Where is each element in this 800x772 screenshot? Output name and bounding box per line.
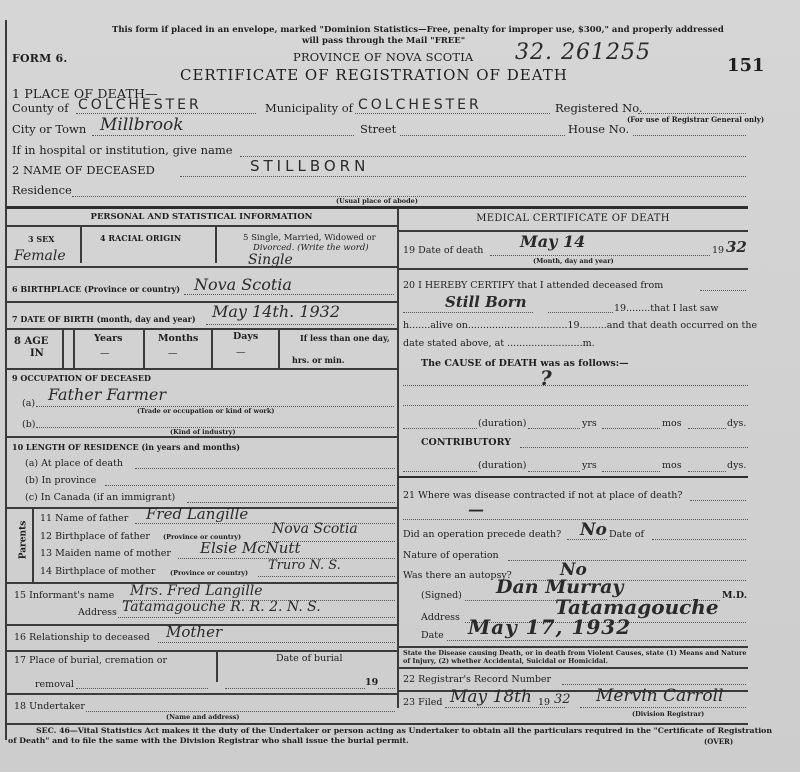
dob-label: 7 DATE OF BIRTH (month, day and year) xyxy=(12,314,196,324)
filed-value: May 18th xyxy=(450,687,532,707)
cause-label: The CAUSE of DEATH was as follows:— xyxy=(421,358,629,369)
occupation-label: 9 OCCUPATION OF DECEASED xyxy=(12,373,151,383)
mother-birthplace-value: Truro N. S. xyxy=(268,558,341,573)
age-label-line2: IN xyxy=(30,348,44,359)
certify-line1: 20 I HEREBY CERTIFY that I attended dece… xyxy=(403,280,663,291)
form-number: FORM 6. xyxy=(12,52,67,65)
filed-label: 23 Filed xyxy=(403,697,442,708)
street-label: Street xyxy=(360,122,396,136)
sex-label: 3 SEX xyxy=(28,234,54,244)
father-name-label: 11 Name of father xyxy=(40,513,128,524)
occupation-a-value: Father Farmer xyxy=(48,385,166,404)
sex-value: Female xyxy=(14,248,66,264)
undertaker-note: (Name and address) xyxy=(166,713,240,721)
years-label: Years xyxy=(94,333,123,344)
father-birthplace-value: Nova Scotia xyxy=(272,521,358,537)
days-value: — xyxy=(236,347,246,358)
informant-name-value: Mrs. Fred Langille xyxy=(130,583,263,599)
burial-year-prefix: 19 xyxy=(365,677,378,688)
county-value: COLCHESTER xyxy=(78,97,202,113)
county-label: County of xyxy=(12,101,69,115)
footer-line2: of Death" and to file the same with the … xyxy=(8,736,409,745)
filed-year-prefix: 19 xyxy=(538,697,550,708)
duration-label-1: (duration) xyxy=(478,418,527,429)
date-of-death-label: 19 Date of death xyxy=(403,245,483,256)
burial-date-label: Date of burial xyxy=(276,653,342,664)
left-border-rule xyxy=(5,20,7,740)
birthplace-value: Nova Scotia xyxy=(194,275,292,294)
burial-place-label-line2: removal xyxy=(35,679,74,690)
dys-label-2: dys. xyxy=(727,460,746,471)
operation-label: Did an operation precede death? xyxy=(403,529,561,540)
contributory-label: CONTRIBUTORY xyxy=(421,437,511,448)
envelope-note-line1: This form if placed in an envelope, mark… xyxy=(112,25,724,35)
deceased-name-value: STILLBORN xyxy=(250,157,369,175)
footer-over: (OVER) xyxy=(704,737,733,746)
yrs-label-2: yrs xyxy=(582,460,597,471)
registered-no-label: Registered No. xyxy=(555,101,643,115)
dys-label-1: dys. xyxy=(727,418,746,429)
res-at-place-label: (a) At place of death xyxy=(25,458,123,469)
relationship-label: 16 Relationship to deceased xyxy=(14,632,150,643)
age-label-line1: 8 AGE xyxy=(14,336,48,347)
birthplace-label: 6 BIRTHPLACE (Province or country) xyxy=(12,284,180,294)
municipality-label: Municipality of xyxy=(265,101,353,115)
envelope-note-line2: will pass through the Mail "FREE" xyxy=(302,36,465,46)
marital-label-line1: 5 Single, Married, Widowed or xyxy=(243,233,376,243)
residence-label: Residence xyxy=(12,183,72,197)
occupation-a-note: (Trade or occupation or kind of work) xyxy=(137,407,274,415)
personal-section-title: PERSONAL AND STATISTICAL INFORMATION xyxy=(6,212,397,222)
undertaker-label: 18 Undertaker xyxy=(14,701,85,712)
city-value: Millbrook xyxy=(100,115,184,135)
contracted-value: — xyxy=(468,500,484,519)
father-name-value: Fred Langille xyxy=(146,505,248,523)
mother-maiden-value: Elsie McNutt xyxy=(200,539,301,557)
informant-name-label: 15 Informant's name xyxy=(14,590,114,601)
municipality-value: COLCHESTER xyxy=(358,97,482,113)
md-label: M.D. xyxy=(722,590,747,601)
res-in-canada-label: (c) In Canada (if an immigrant) xyxy=(25,492,175,503)
cause-instructions: State the Disease causing Death, or in d… xyxy=(403,649,748,665)
footer-line1: SEC. 46—Vital Statistics Act makes it th… xyxy=(36,726,772,735)
city-label: City or Town xyxy=(12,122,86,136)
duration-label-2: (duration) xyxy=(478,460,527,471)
page-title: CERTIFICATE OF REGISTRATION OF DEATH xyxy=(180,66,568,84)
operation-date-label: Date of xyxy=(609,529,644,540)
registered-no-note: (For use of Registrar General only) xyxy=(627,115,764,124)
house-no-label: House No. xyxy=(568,122,629,136)
occupation-b-note: (Kind of industry) xyxy=(170,428,236,436)
stamp-number: 151 xyxy=(727,55,765,76)
relationship-value: Mother xyxy=(166,623,222,641)
mother-birthplace-label: 14 Birthplace of mother xyxy=(40,566,155,577)
operation-value: No xyxy=(580,520,607,540)
province-heading: PROVINCE OF NOVA SCOTIA xyxy=(293,50,473,64)
cause-value: ? xyxy=(540,366,552,390)
mother-birthplace-note: (Province or country) xyxy=(170,569,248,577)
date-of-death-year: 32 xyxy=(726,238,747,256)
mother-maiden-label: 13 Maiden name of mother xyxy=(40,548,171,559)
medical-date-value: May 17, 1932 xyxy=(468,615,631,639)
hospital-label: If in hospital or institution, give name xyxy=(12,143,233,157)
registrar-signature: Mervin Carroll xyxy=(596,686,724,706)
racial-origin-label: 4 RACIAL ORIGIN xyxy=(100,233,181,243)
filed-year: 32 xyxy=(554,692,571,707)
mos-label-1: mos xyxy=(662,418,682,429)
handwritten-reference: 32. 261255 xyxy=(515,40,651,65)
certify-attended-value: Still Born xyxy=(445,293,527,311)
residence-note: (Usual place of abode) xyxy=(336,197,418,205)
hrs-min: hrs. or min. xyxy=(292,355,345,365)
medical-date-label: Date xyxy=(421,630,444,641)
informant-address-label: Address xyxy=(78,607,117,618)
certify-line4: date stated above, at ..................… xyxy=(403,338,595,349)
contracted-label: 21 Where was disease contracted if not a… xyxy=(403,490,682,501)
death-certificate: This form if placed in an envelope, mark… xyxy=(0,0,800,772)
date-of-death-note: (Month, day and year) xyxy=(533,257,614,265)
date-of-death-value: May 14 xyxy=(520,232,585,251)
dob-value: May 14th. 1932 xyxy=(212,302,340,321)
medical-section-title: MEDICAL CERTIFICATE OF DEATH xyxy=(398,213,748,224)
nature-of-operation-label: Nature of operation xyxy=(403,550,499,561)
occupation-a-label: (a) xyxy=(22,398,35,409)
deceased-name-label: 2 NAME OF DECEASED xyxy=(12,163,155,177)
occupation-b-label: (b) xyxy=(22,419,36,430)
burial-place-label-line1: 17 Place of burial, cremation or xyxy=(14,655,167,666)
date-of-death-year-prefix: 19 xyxy=(712,245,724,256)
yrs-label-1: yrs xyxy=(582,418,597,429)
certify-line2-end: 19........that I last saw xyxy=(614,303,719,314)
months-label: Months xyxy=(158,333,198,344)
signed-label: (Signed) xyxy=(421,590,462,601)
residence-length-label: 10 LENGTH OF RESIDENCE (in years and mon… xyxy=(12,442,240,452)
mos-label-2: mos xyxy=(662,460,682,471)
res-in-province-label: (b) In province xyxy=(25,475,96,486)
record-number-label: 22 Registrar's Record Number xyxy=(403,674,551,685)
parents-side-label: Parents xyxy=(18,521,28,560)
days-label: Days xyxy=(233,331,258,342)
informant-address-value: Tatamagouche R. R. 2. N. S. xyxy=(122,599,321,615)
years-value: — xyxy=(100,348,110,359)
months-value: — xyxy=(168,348,178,359)
father-birthplace-label: 12 Birthplace of father xyxy=(40,531,150,542)
less-than-day: If less than one day, xyxy=(300,333,390,343)
medical-address-label: Address xyxy=(421,612,460,623)
certify-line3: h.......alive on........................… xyxy=(403,320,757,331)
registrar-note: (Division Registrar) xyxy=(632,710,704,718)
